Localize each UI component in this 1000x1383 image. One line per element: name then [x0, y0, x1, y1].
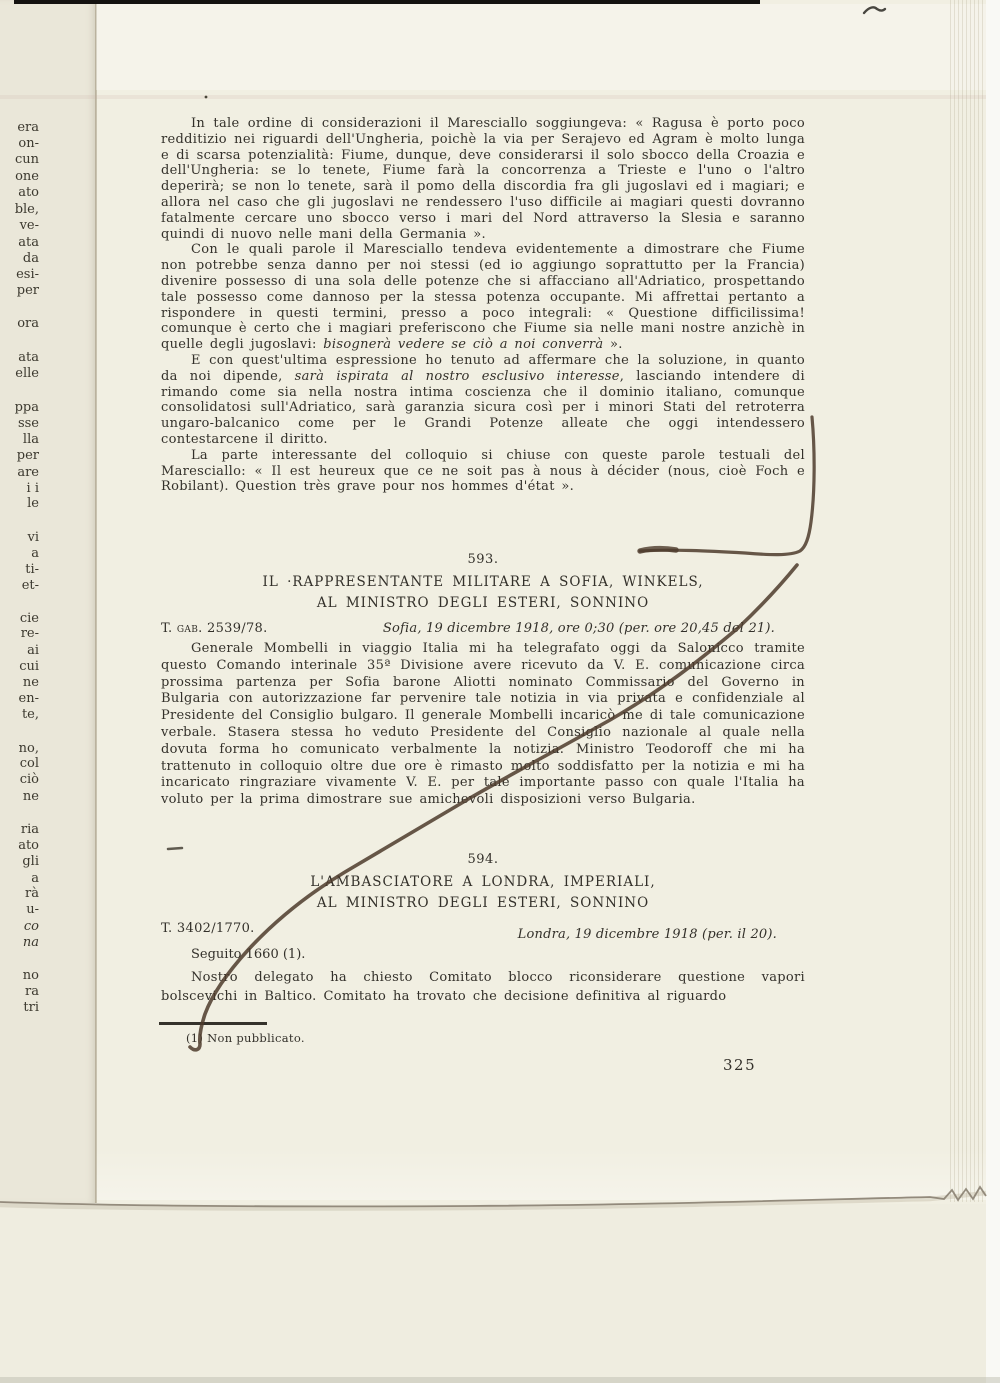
margin-text-fragment: tri — [23, 1001, 39, 1015]
margin-text-fragment: i i — [27, 482, 39, 496]
page-number: 325 — [723, 1056, 756, 1074]
margin-text-fragment: en- — [19, 692, 39, 706]
margin-text-fragment: et- — [22, 579, 39, 593]
document-number: 594. — [161, 852, 805, 867]
seguito-line: Seguito 1660 (1). — [161, 947, 805, 962]
bottom-edge-shade — [0, 1377, 1000, 1383]
margin-text-fragment: cui — [19, 660, 39, 674]
margin-text-fragment: sse — [18, 417, 39, 431]
margin-text-fragment: ata — [18, 351, 39, 365]
telegram-reference: T. 3402/1770. — [161, 921, 255, 936]
margin-text-fragment: on- — [18, 137, 39, 151]
dateline: Sofia, 19 dicembre 1918, ore 0;30 (per. … — [383, 621, 805, 636]
margin-text-fragment: ra — [25, 985, 39, 999]
document-593: 593. IL ·RAPPRESENTANTE MILITARE A SOFIA… — [161, 552, 805, 822]
margin-text-fragment: ciò — [20, 773, 39, 787]
scanner-background — [986, 0, 1000, 1383]
margin-text-fragment: ai — [27, 644, 39, 658]
margin-text-fragment: are — [17, 466, 39, 480]
margin-text-fragment: ora — [17, 317, 39, 331]
document-number: 593. — [161, 552, 805, 567]
dateline: Londra, 19 dicembre 1918 (per. il 20). — [518, 927, 805, 942]
document-594: 594. L'AMBASCIATORE A LONDRA, IMPERIALI,… — [161, 852, 805, 1019]
margin-text-fragment: a — [31, 872, 39, 886]
margin-text-fragment: esi- — [16, 268, 39, 282]
margin-text-fragment: one — [15, 170, 39, 184]
document-heading-line1: L'AMBASCIATORE A LONDRA, IMPERIALI, — [161, 872, 805, 893]
margin-text-fragment: ne — [23, 790, 39, 804]
margin-text-fragment: ble, — [15, 203, 39, 217]
margin-text-fragment: a — [31, 547, 39, 561]
paragraph-ragusa: In tale ordine di considerazioni il Mare… — [161, 116, 805, 242]
paper-below-fold — [0, 1204, 986, 1383]
margin-text-fragment: co — [24, 920, 39, 934]
document-heading-line2: AL MINISTRO DEGLI ESTERI, SONNINO — [161, 893, 805, 914]
telegram-body: Nostro delegato ha chiesto Comitato bloc… — [161, 968, 805, 1006]
margin-text-fragment: da — [23, 252, 39, 266]
margin-text-fragment: ve- — [20, 219, 39, 233]
document-heading-line2: AL MINISTRO DEGLI ESTERI, SONNINO — [161, 593, 805, 614]
reference-dateline-row: T. gab. 2539/78. Sofia, 19 dicembre 1918… — [161, 621, 805, 636]
margin-text-fragment: u- — [26, 903, 39, 917]
telegram-reference: T. gab. 2539/78. — [161, 621, 268, 636]
margin-text-fragment: lla — [23, 433, 39, 447]
margin-text-fragment: ria — [21, 823, 39, 837]
margin-text-fragment: le — [27, 497, 39, 511]
margin-text-fragment: ata — [18, 236, 39, 250]
faint-scan-band — [0, 95, 986, 99]
paragraph-con-le-quali: Con le quali parole il Maresciallo tende… — [161, 242, 805, 353]
margin-text-fragment: rà — [25, 887, 39, 901]
margin-text-fragment: no — [23, 969, 39, 983]
margin-text-fragment: cie — [20, 612, 39, 626]
margin-text-fragment: na — [23, 936, 39, 950]
margin-text-fragment: no, — [19, 742, 39, 756]
margin-text-fragment: elle — [15, 367, 39, 381]
margin-text-fragment: gli — [22, 855, 39, 869]
fold-highlight — [0, 1148, 986, 1200]
paragraph-espressione: E con quest'ultima espressione ho tenuto… — [161, 353, 805, 448]
margin-text-fragment: ne — [23, 676, 39, 690]
page-right-edge-striations — [950, 0, 986, 1202]
margin-text-fragment: per — [17, 284, 39, 298]
footnote-rule — [159, 1022, 267, 1025]
margin-text-fragment: per — [17, 449, 39, 463]
document-heading-line1: IL ·RAPPRESENTANTE MILITARE A SOFIA, WIN… — [161, 572, 805, 593]
paragraph-colloquio: La parte interessante del colloquio si c… — [161, 448, 805, 495]
reference-dateline-row: T. 3402/1770. Londra, 19 dicembre 1918 (… — [161, 921, 805, 936]
margin-text-fragment: col — [20, 757, 39, 771]
margin-text-fragments: eraon-cunoneatoble,ve-atadaesi-peroraata… — [0, 0, 42, 1203]
gutter-fold-line — [95, 0, 97, 1203]
margin-text-fragment: re- — [21, 627, 39, 641]
main-text-column: In tale ordine di considerazioni il Mare… — [161, 116, 805, 495]
margin-text-fragment: te, — [22, 708, 39, 722]
telegram-body: Generale Mombelli in viaggio Italia mi h… — [161, 641, 805, 809]
margin-text-fragment: ato — [18, 839, 39, 853]
margin-text-fragment: ti- — [25, 563, 39, 577]
footnote-text: (1) Non pubblicato. — [186, 1031, 305, 1045]
top-light-band — [96, 4, 986, 90]
margin-text-fragment: ppa — [15, 401, 39, 415]
margin-text-fragment: cun — [15, 153, 39, 167]
scanned-book-page: eraon-cunoneatoble,ve-atadaesi-peroraata… — [0, 0, 1000, 1383]
margin-text-fragment: vi — [27, 531, 39, 545]
margin-text-fragment: era — [17, 121, 39, 135]
margin-text-fragment: ato — [18, 186, 39, 200]
